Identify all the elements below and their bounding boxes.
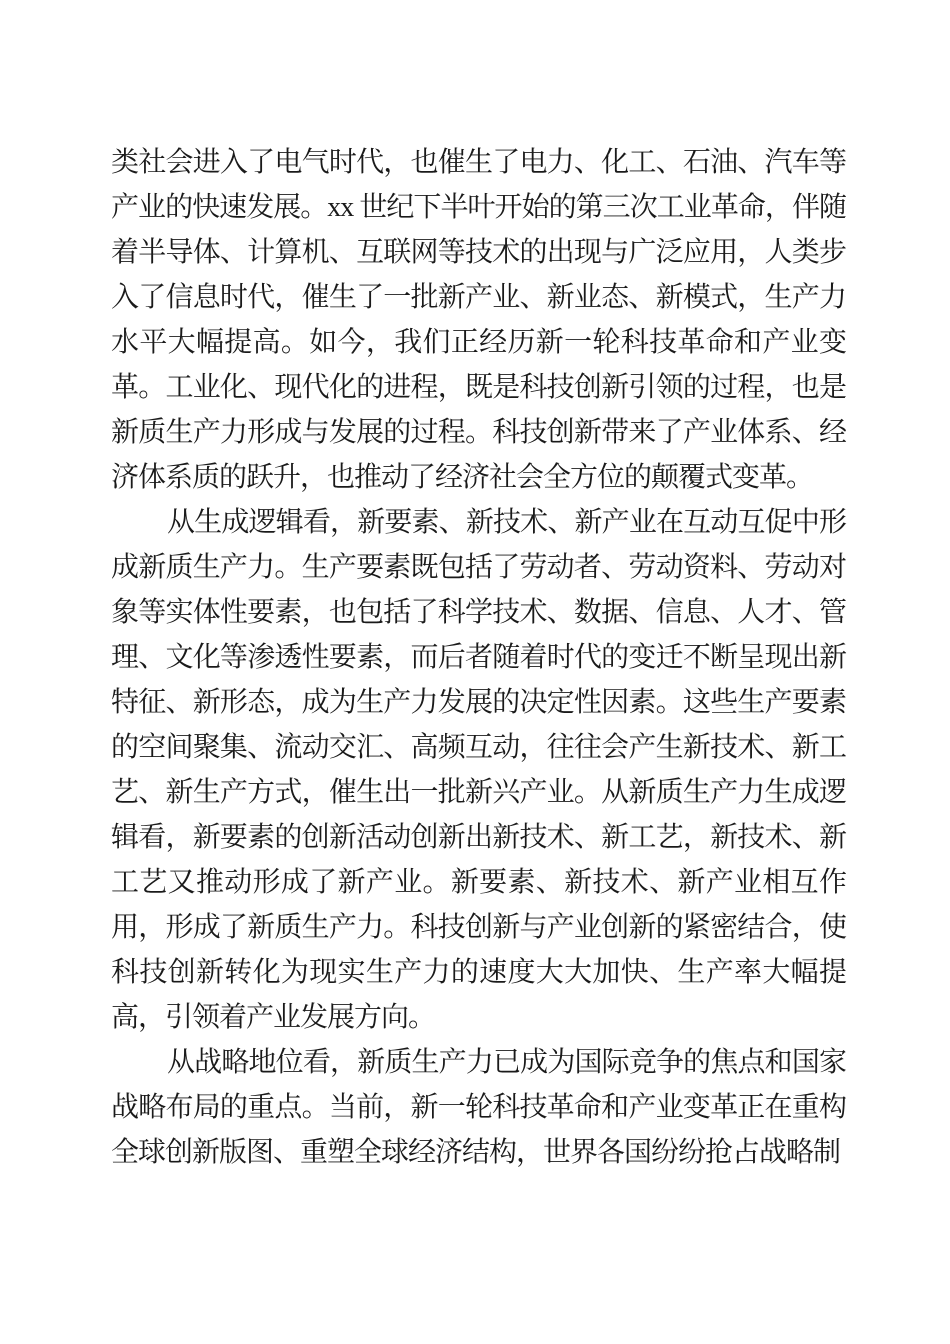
paragraph-strategic-position: 从战略地位看，新质生产力已成为国际竞争的焦点和国家战略布局的重点。当前，新一轮科… [111,1040,846,1175]
document-text-block: 类社会进入了电气时代，也催生了电力、化工、石油、汽车等产业的快速发展。xx 世纪… [111,140,846,1175]
paragraph-industrial-revolutions: 类社会进入了电气时代，也催生了电力、化工、石油、汽车等产业的快速发展。xx 世纪… [111,140,846,500]
paragraph-generation-logic: 从生成逻辑看，新要素、新技术、新产业在互动互促中形成新质生产力。生产要素既包括了… [111,500,846,1040]
document-page: 类社会进入了电气时代，也催生了电力、化工、石油、汽车等产业的快速发展。xx 世纪… [0,0,950,1344]
